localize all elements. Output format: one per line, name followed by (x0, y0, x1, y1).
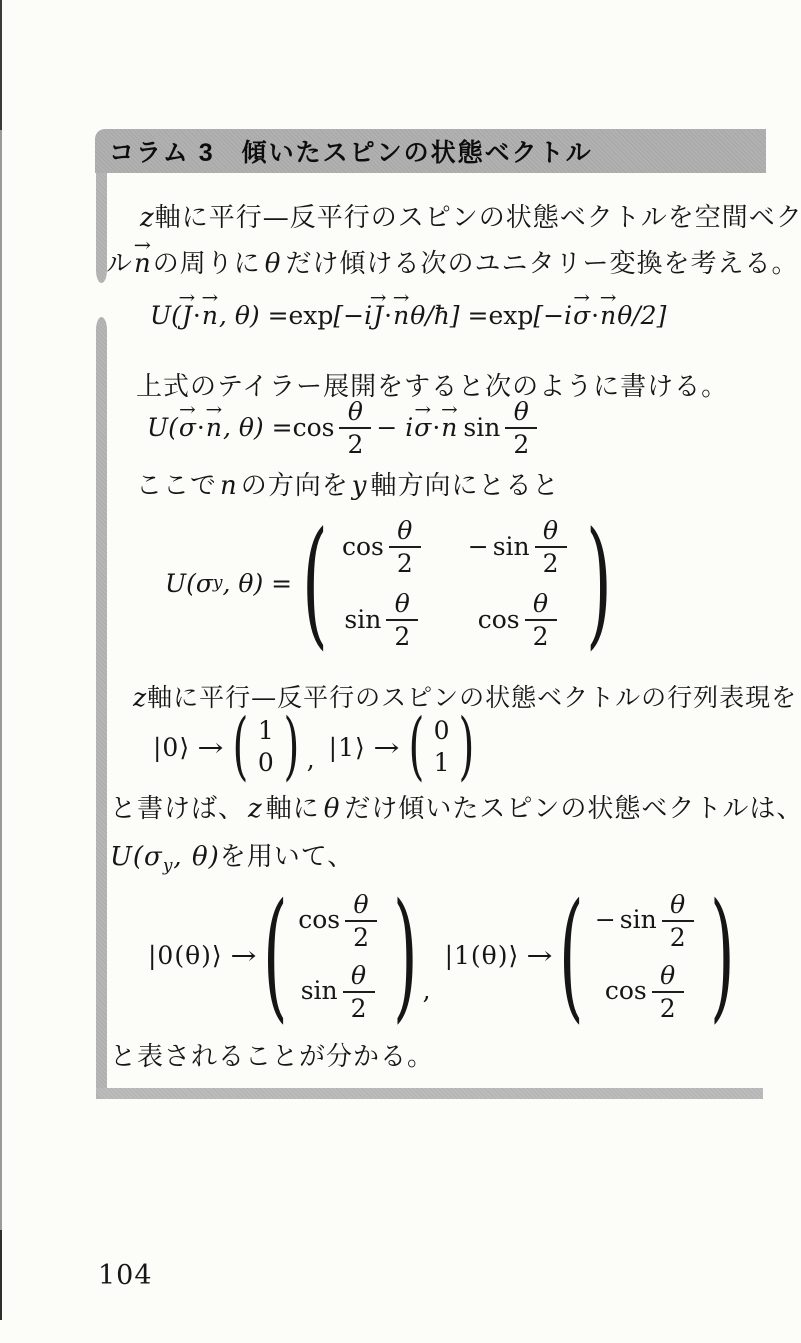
fraction-denominator: 2 (343, 991, 375, 1021)
math-text: U( (150, 301, 181, 330)
text: 軸に (266, 794, 320, 824)
maps-to-arrow: → (373, 733, 399, 762)
math-fn-sin: sin (344, 605, 381, 634)
vector-sigma: →σ (414, 413, 431, 442)
text: ここで (136, 471, 217, 501)
vector-arrow-icon: → (206, 400, 223, 418)
vector-entry: sinθ2 (301, 962, 380, 1021)
math-subscript-y: y (213, 573, 223, 593)
paragraph-tilted-intro: と書けば、z軸にθだけ傾いたスピンの状態ベクトルは、 (110, 788, 801, 825)
vector-arrow-icon: → (370, 288, 387, 306)
equation-rotation-matrix: U(σy, θ) = ( cosθ2 −sinθ2 sinθ2 cosθ2 ) (165, 518, 611, 648)
vector-J: →J (373, 301, 383, 330)
maps-to-arrow: → (230, 941, 256, 970)
vector-arrow-icon: → (134, 236, 152, 255)
math-text: θ/2] (617, 301, 666, 330)
dot-operator: · (197, 413, 205, 442)
vector-entry: 1 (434, 748, 450, 778)
fraction-denominator: 2 (652, 991, 684, 1021)
vector-n: →n (600, 301, 616, 330)
math-fn-exp: exp (289, 301, 334, 330)
comma: , (417, 976, 445, 1023)
vector-arrow-icon: → (393, 288, 410, 306)
math-fn-sin: sin (493, 532, 530, 561)
math-fn-sin: sin (620, 905, 657, 935)
math-text: U(σ (110, 842, 163, 872)
math-text: θ/ħ (410, 301, 450, 330)
text: だけ傾ける次のユニタリー変換を考える。 (285, 249, 798, 279)
left-paren: ( (559, 901, 584, 1010)
vector-entry: cosθ2 (605, 962, 689, 1021)
book-page: コラム 3 傾いたスピンの状態ベクトル z軸に平行—反平行のスピンの状態ベクトル… (0, 0, 801, 1343)
vector-sigma: →σ (573, 301, 590, 330)
ket-1: |1⟩ (329, 733, 366, 762)
fraction-denominator: 2 (339, 427, 371, 457)
paragraph-n-direction: ここでnの方向をy軸方向にとると (136, 465, 560, 502)
vector-arrow-icon: → (414, 400, 431, 418)
column-vector-01: 01 (434, 716, 450, 778)
text: の周りに (153, 249, 261, 279)
math-fn-cos: cos (293, 413, 335, 442)
fraction-theta-2: θ2 (535, 517, 567, 576)
fraction-theta-2: θ2 (339, 398, 371, 457)
text: と書けば、 (110, 794, 245, 824)
text: の方向を (241, 471, 349, 501)
paragraph-1-line-2: ル→nの周りにθだけ傾ける次のユニタリー変換を考える。 (106, 243, 798, 280)
fraction-theta-2: θ2 (505, 398, 537, 457)
equation-unitary-exp: U(→J·→n, θ) = exp [−i→J·→n θ/ħ] = exp [−… (150, 301, 666, 330)
column-header-bar: コラム 3 傾いたスピンの状態ベクトル (95, 129, 766, 173)
text: 軸方向にとると (370, 471, 559, 501)
comma: , (301, 745, 329, 782)
fraction-theta-2: θ2 (525, 590, 557, 649)
math-text: , θ) = (223, 569, 293, 598)
left-paren: ( (263, 901, 288, 1010)
math-text: U( (147, 413, 178, 442)
vector-arrow-icon: → (573, 288, 590, 306)
math-text: − i (376, 413, 413, 442)
vector-n: →n (134, 249, 152, 279)
text: ル (106, 249, 133, 279)
math-fn-sin: sin (463, 413, 500, 442)
vector-arrow-icon: → (441, 400, 458, 418)
left-paren: ( (233, 718, 249, 776)
math-fn-cos: cos (298, 905, 340, 935)
minus-sign: − (595, 905, 616, 935)
vector-entry: cosθ2 (298, 891, 382, 950)
vector-arrow-icon: → (178, 288, 195, 306)
paragraph-1-line-1: z軸に平行—反平行のスピンの状態ベクトルを空間ベク (140, 197, 801, 234)
fraction-numerator: θ (393, 517, 416, 546)
fraction-denominator: 2 (345, 920, 377, 950)
fraction-denominator: 2 (389, 546, 421, 576)
math-text: , θ) (173, 842, 219, 872)
fraction-numerator: θ (391, 590, 414, 619)
fraction-theta-2: θ2 (345, 891, 377, 950)
paragraph-conclusion: と表されることが分かる。 (110, 1036, 434, 1073)
math-fn-sin: sin (301, 976, 338, 1006)
fraction-theta-2: θ2 (662, 891, 694, 950)
vector-entry: −sinθ2 (595, 891, 699, 950)
fraction-numerator: θ (344, 398, 367, 427)
fraction-numerator: θ (347, 962, 370, 991)
fraction-theta-2: θ2 (386, 590, 418, 649)
vector-arrow-icon: → (201, 288, 218, 306)
column-bottom-border (96, 1088, 763, 1099)
math-fn-exp: exp (488, 301, 533, 330)
fraction-denominator: 2 (386, 619, 418, 649)
page-number: 104 (98, 1260, 153, 1291)
text: を用いて、 (220, 842, 354, 872)
vector-arrow-icon: → (179, 400, 196, 418)
left-paren: ( (302, 529, 328, 637)
vector-n: →n (441, 413, 457, 442)
matrix-cell-22: cosθ2 (478, 590, 562, 649)
fraction-theta-2: θ2 (343, 962, 375, 1021)
math-subscript-y: y (163, 856, 174, 876)
vector-n: →n (206, 413, 222, 442)
fraction-numerator: θ (510, 398, 533, 427)
equation-tilted-kets: |0(θ)⟩ → ( cosθ2 sinθ2 ) , |1(θ)⟩ → ( −s… (148, 888, 733, 1023)
text: 軸に平行—反平行のスピンの状態ベクトルを空間ベク (155, 203, 801, 233)
matrix-cell-12: −sinθ2 (468, 517, 572, 576)
math-text: [−i (333, 301, 372, 330)
fraction-denominator: 2 (535, 546, 567, 576)
vector-entry: 0 (434, 716, 450, 746)
maps-to-arrow: → (197, 733, 223, 762)
equation-cos-sin: U(→σ·→n, θ) = cosθ2 − i→σ·→nsinθ2 (147, 396, 542, 458)
column-vector-cos-sin: cosθ2 sinθ2 (298, 891, 382, 1021)
right-paren: ) (393, 901, 418, 1010)
math-fn-cos: cos (342, 532, 384, 561)
math-var-theta: θ (324, 794, 341, 824)
matrix-cell-21: sinθ2 (344, 590, 423, 649)
math-var-y: y (352, 471, 368, 501)
right-paren: ) (283, 718, 299, 776)
math-text: , θ) = (223, 413, 293, 442)
paragraph-using-U: U(σy, θ)を用いて、 (110, 836, 354, 876)
fraction-numerator: θ (539, 517, 562, 546)
math-fn-cos: cos (478, 605, 520, 634)
right-paren: ) (710, 901, 735, 1010)
matrix-cell-11: cosθ2 (342, 517, 426, 576)
vector-J: →J (182, 301, 192, 330)
math-var-z: z (140, 203, 155, 233)
scan-edge-artifact (0, 0, 2, 1320)
minus-sign: − (468, 532, 489, 561)
column-title: コラム 3 傾いたスピンの状態ベクトル (109, 133, 593, 169)
fraction-denominator: 2 (505, 427, 537, 457)
column-vector-10: 10 (258, 716, 274, 778)
text: と表されることが分かる。 (110, 1042, 434, 1072)
math-text: , θ) = (219, 301, 289, 330)
column-left-border-lower (96, 317, 107, 1099)
vector-sigma: →σ (179, 413, 196, 442)
math-var-theta: θ (265, 249, 282, 279)
vector-entry: 1 (258, 716, 274, 746)
math-var-z: z (133, 683, 147, 712)
right-paren: ) (459, 718, 475, 776)
right-paren: ) (586, 529, 612, 637)
fraction-denominator: 2 (525, 619, 557, 649)
vector-n: →n (393, 301, 409, 330)
ket-0: |0⟩ (153, 733, 190, 762)
ket-1-theta: |1(θ)⟩ (445, 941, 520, 970)
fraction-numerator: θ (656, 962, 679, 991)
math-var-n: n (220, 471, 238, 501)
ket-0-theta: |0(θ)⟩ (148, 941, 223, 970)
math-text: ] = (450, 301, 489, 330)
math-text: [−i (533, 301, 572, 330)
fraction-theta-2: θ2 (389, 517, 421, 576)
equation-basis-kets: |0⟩ → ( 10 ) , |1⟩ → ( 01 ) (153, 712, 476, 782)
left-paren: ( (408, 718, 424, 776)
dot-operator: · (432, 413, 440, 442)
math-var-z: z (248, 794, 263, 824)
matrix-2x2: cosθ2 −sinθ2 sinθ2 cosθ2 (342, 517, 572, 649)
math-text: U(σ (165, 569, 213, 598)
fraction-denominator: 2 (662, 920, 694, 950)
vector-arrow-icon: → (600, 288, 617, 306)
text: だけ傾いたスピンの状態ベクトルは、 (344, 794, 801, 824)
vector-n: →n (202, 301, 218, 330)
dot-operator: · (591, 301, 599, 330)
fraction-theta-2: θ2 (652, 962, 684, 1021)
fraction-numerator: θ (666, 891, 689, 920)
vector-entry: 0 (258, 748, 274, 778)
column-vector-msin-cos: −sinθ2 cosθ2 (595, 891, 699, 1021)
fraction-numerator: θ (529, 590, 552, 619)
math-fn-cos: cos (605, 976, 647, 1006)
fraction-numerator: θ (350, 891, 373, 920)
maps-to-arrow: → (527, 941, 553, 970)
